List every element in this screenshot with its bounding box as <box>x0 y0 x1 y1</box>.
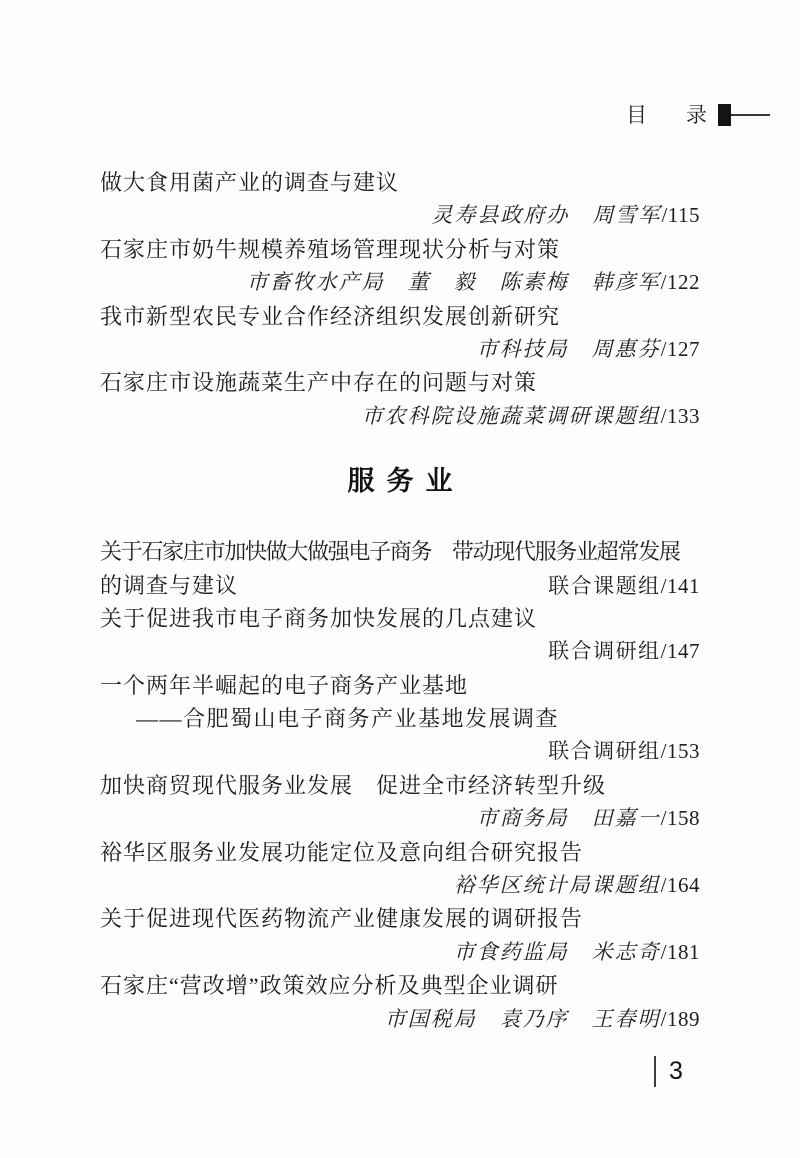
entry-page-ref: /147 <box>661 639 700 663</box>
entry-author: 联合调研组 <box>548 639 661 663</box>
entry-title-continuation: 的调查与建议 <box>100 569 238 602</box>
toc-entry-author-line: 市食药监局 米志奇/181 <box>100 936 700 969</box>
toc-entry-author-line: 联合调研组/153 <box>100 735 700 768</box>
toc-entry-author-line: 灵寿县政府办 周雪军/115 <box>100 199 700 232</box>
toc-entry-title: 一个两年半崛起的电子商务产业基地 <box>100 669 700 702</box>
section-heading-services: 服务业 <box>100 463 700 499</box>
running-head-title: 目 录 <box>626 102 716 128</box>
toc-entry-title: 做大食用菌产业的调查与建议 <box>100 166 700 199</box>
entry-page-ref: /164 <box>661 873 700 897</box>
running-head: 目 录 <box>626 102 770 128</box>
toc-entry-title: 石家庄“营改增”政策效应分析及典型企业调研 <box>100 969 700 1002</box>
entry-author: 市国税局 袁乃序 王春明 <box>385 1007 661 1031</box>
toc-entry-wrap-line: 的调查与建议 联合课题组/141 <box>100 569 700 602</box>
folio-rule <box>654 1056 656 1087</box>
toc-entry-title: 石家庄市设施蔬菜生产中存在的问题与对策 <box>100 366 700 399</box>
toc-entry-author-line: 联合调研组/147 <box>100 635 700 668</box>
toc-entry-title: 我市新型农民专业合作经济组织发展创新研究 <box>100 300 700 333</box>
entry-page-ref: /127 <box>661 337 700 361</box>
toc-body: 做大食用菌产业的调查与建议 灵寿县政府办 周雪军/115 石家庄市奶牛规模养殖场… <box>100 166 700 1036</box>
entry-page-ref: /158 <box>661 806 700 830</box>
entry-author: 灵寿县政府办 周雪军 <box>431 203 661 227</box>
toc-entry-author-line: 裕华区统计局课题组/164 <box>100 869 700 902</box>
entry-page-ref: /122 <box>661 270 700 294</box>
entry-author: 联合课题组 <box>548 574 661 598</box>
entry-page-ref: /115 <box>661 203 700 227</box>
page-folio: 3 <box>654 1056 683 1087</box>
toc-entry-title: 关于促进现代医药物流产业健康发展的调研报告 <box>100 902 700 935</box>
entry-author: 市商务局 田嘉一 <box>477 806 661 830</box>
toc-page: 目 录 做大食用菌产业的调查与建议 灵寿县政府办 周雪军/115 石家庄市奶牛规… <box>0 0 800 1158</box>
entry-author: 市科技局 周惠芬 <box>477 337 661 361</box>
toc-entry-author-line: 市国税局 袁乃序 王春明/189 <box>100 1003 700 1036</box>
toc-entry-title: 关于石家庄市加快做大做强电子商务 带动现代服务业超常发展 <box>100 535 700 568</box>
entry-author: 市农科院设施蔬菜调研课题组 <box>362 404 661 428</box>
entry-page-ref: /153 <box>661 739 700 763</box>
toc-entry-author-line: 市畜牧水产局 董 毅 陈素梅 韩彦军/122 <box>100 266 700 299</box>
entry-page-ref: /189 <box>661 1007 700 1031</box>
toc-entry-author-line: 联合课题组/141 <box>548 570 700 603</box>
toc-entry-title: 关于促进我市电子商务加快发展的几点建议 <box>100 602 700 635</box>
entry-subtitle: ——合肥蜀山电子商务产业基地发展调查 <box>100 702 700 735</box>
toc-entry-author-line: 市农科院设施蔬菜调研课题组/133 <box>100 400 700 433</box>
entry-author: 裕华区统计局课题组 <box>454 873 661 897</box>
entry-page-ref: /141 <box>661 574 700 598</box>
toc-entry-title: 石家庄市奶牛规模养殖场管理现状分析与对策 <box>100 233 700 266</box>
entry-author: 联合调研组 <box>548 739 661 763</box>
toc-entry-author-line: 市科技局 周惠芬/127 <box>100 333 700 366</box>
entry-page-ref: /181 <box>661 940 700 964</box>
toc-entry-title: 加快商贸现代服务业发展 促进全市经济转型升级 <box>100 769 700 802</box>
page-number: 3 <box>669 1056 683 1087</box>
entry-author: 市畜牧水产局 董 毅 陈素梅 韩彦军 <box>247 270 661 294</box>
header-rule <box>731 114 770 116</box>
entry-page-ref: /133 <box>661 404 700 428</box>
toc-entry-author-line: 市商务局 田嘉一/158 <box>100 802 700 835</box>
toc-entry-title: 裕华区服务业发展功能定位及意向组合研究报告 <box>100 836 700 869</box>
header-square-marker <box>718 104 731 126</box>
entry-author: 市食药监局 米志奇 <box>454 940 661 964</box>
